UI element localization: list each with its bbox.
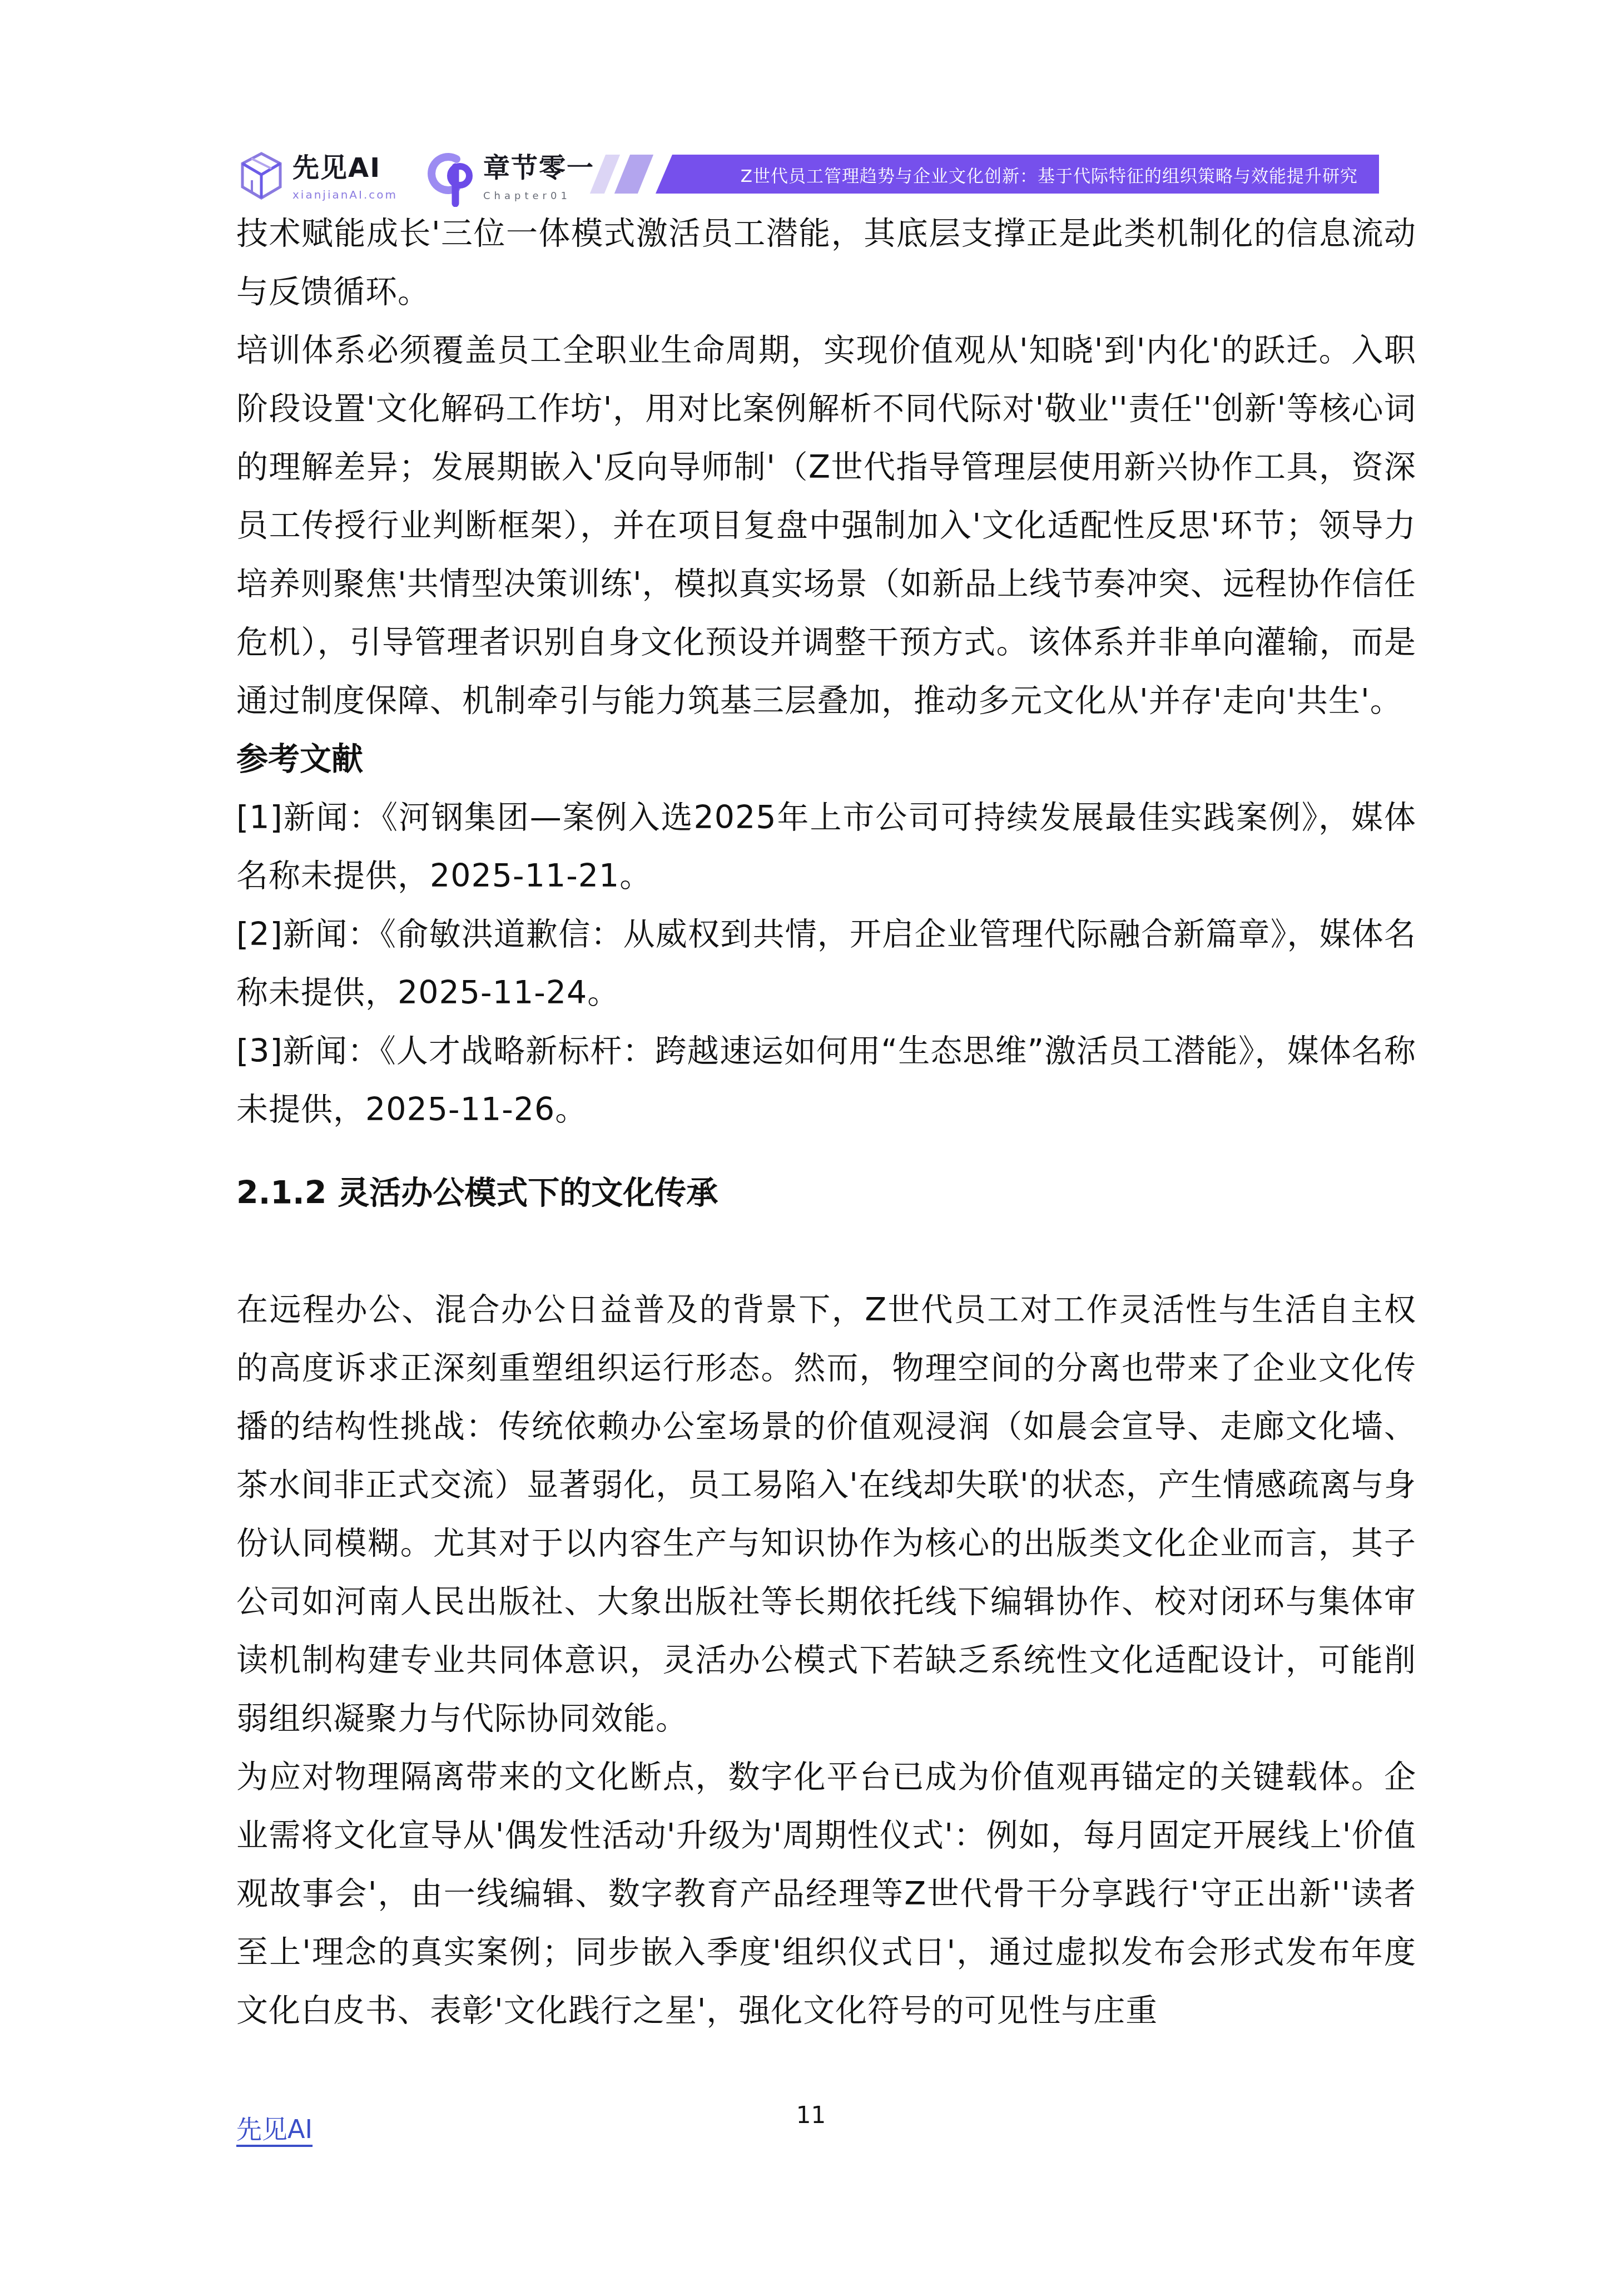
reference-item-1: [1]新闻：《河钢集团—案例入选2025年上市公司可持续发展最佳实践案例》，媒体… bbox=[236, 789, 1416, 905]
document-body: 技术赋能成长'三位一体模式激活员工潜能，其底层支撑正是此类机制化的信息流动与反馈… bbox=[236, 0, 1416, 2040]
paragraph-3: 在远程办公、混合办公日益普及的背景下，Z世代员工对工作灵活性与生活自主权的高度诉… bbox=[236, 1281, 1416, 1748]
paragraph-1: 技术赋能成长'三位一体模式激活员工潜能，其底层支撑正是此类机制化的信息流动与反馈… bbox=[236, 205, 1416, 321]
document-page: 先见AI xianjianAI.com 章节零一 Chapter01 bbox=[0, 0, 1622, 2296]
reference-item-3: [3]新闻：《人才战略新标杆：跨越速运如何用“生态思维”激活员工潜能》，媒体名称… bbox=[236, 1022, 1416, 1139]
page-number: 11 bbox=[0, 2101, 1622, 2129]
references-heading: 参考文献 bbox=[236, 730, 1416, 789]
paragraph-2: 培训体系必须覆盖员工全职业生命周期，实现价值观从'知晓'到'内化'的跃迁。入职阶… bbox=[236, 321, 1416, 730]
paragraph-4: 为应对物理隔离带来的文化断点，数字化平台已成为价值观再锚定的关键载体。企业需将文… bbox=[236, 1748, 1416, 2040]
section-heading-212: 2.1.2 灵活办公模式下的文化传承 bbox=[236, 1164, 1416, 1223]
reference-item-2: [2]新闻：《俞敏洪道歉信：从威权到共情，开启企业管理代际融合新篇章》，媒体名称… bbox=[236, 905, 1416, 1022]
